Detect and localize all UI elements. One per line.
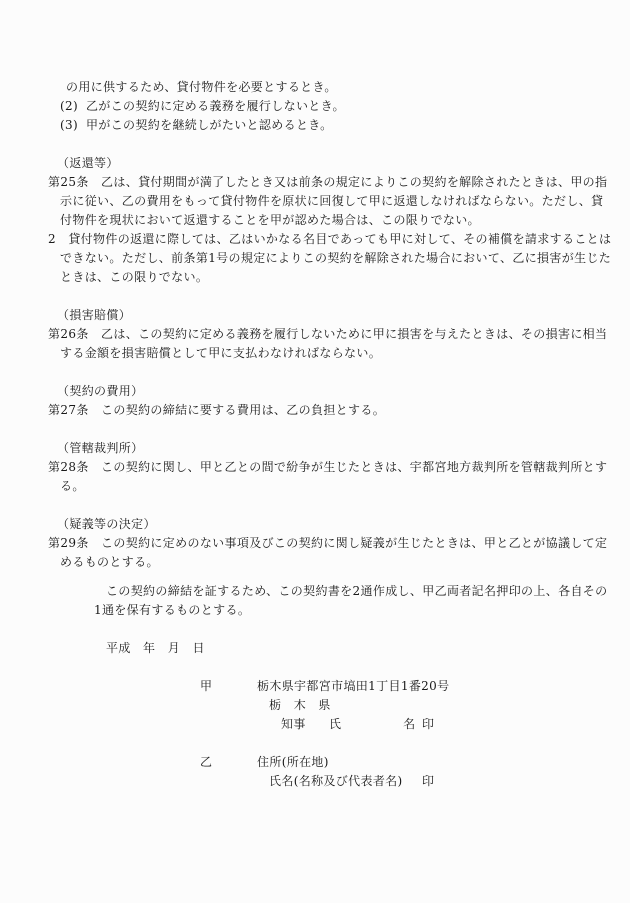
article-line: 第29条 この契約に定めのない事項及びこの契約に関し疑義が生じたときは、甲と乙と…: [48, 534, 578, 553]
closing-line: この契約の締結を証するため、この契約書を2通作成し、甲乙両者記名押印の上、各自そ…: [106, 582, 576, 601]
article-line: 付物件を現状において返還することを甲が認めた場合は、この限りでない。: [60, 211, 480, 230]
party-a-address: 栃木県宇都宮市塙田1丁目1番20号: [257, 677, 450, 696]
article-line: めるものとする。: [60, 553, 159, 572]
article-heading: （疑義等の決定）: [57, 515, 156, 534]
party-a-title: 知事: [281, 715, 306, 734]
continuation-line: の用に供するため、貸付物件を必要とするとき。: [66, 78, 337, 97]
contract-page: の用に供するため、貸付物件を必要とするとき。 (2) 乙がこの契約に定める義務を…: [0, 0, 630, 903]
article-paragraph: ときは、この限りでない。: [60, 268, 208, 287]
item-text: 甲がこの契約を継続しがたいと認めるとき。: [86, 116, 333, 135]
item-text: 乙がこの契約に定める義務を履行しないとき。: [86, 97, 345, 116]
article-line: 第28条 この契約に関し、甲と乙との間で紛争が生じたときは、宇都宮地方裁判所を管…: [48, 458, 578, 477]
article-line: る。: [60, 477, 85, 496]
party-a-seal: 印: [422, 715, 434, 734]
article-heading: （契約の費用）: [57, 382, 143, 401]
article-heading: （管轄裁判所）: [57, 439, 143, 458]
item-number: (2): [60, 97, 78, 116]
party-a-label: 甲: [200, 677, 212, 696]
article-line: 第26条 乙は、この契約に定める義務を履行しないために甲に損害を与えたときは、そ…: [48, 325, 578, 344]
article-line: 示に従い、乙の費用をもって貸付物件を原状に回復して甲に返還しなければならない。た…: [60, 192, 578, 211]
date-line: 平成 年 月 日: [106, 639, 205, 658]
party-a-name: 氏 名: [329, 715, 415, 734]
closing-line: 1通を保有するものとする。: [94, 601, 250, 620]
article-heading: （損害賠償）: [57, 306, 131, 325]
party-b-seal: 印: [422, 772, 434, 791]
party-b-label: 乙: [200, 753, 212, 772]
article-line: 第27条 この契約の締結に要する費用は、乙の負担とする。: [48, 401, 385, 420]
article-paragraph: 2 貸付物件の返還に際しては、乙はいかなる名目であっても甲に対して、その補償を請…: [48, 230, 578, 249]
party-b-name: 氏名(名称及び代表者名): [269, 772, 403, 791]
item-number: (3): [60, 116, 78, 135]
party-a-org: 栃 木 県: [269, 696, 331, 715]
article-paragraph: できない。ただし、前条第1号の規定によりこの契約を解除された場合において、乙に損…: [60, 249, 578, 268]
party-b-address: 住所(所在地): [257, 753, 329, 772]
article-line: 第25条 乙は、貸付期間が満了したとき又は前条の規定によりこの契約を解除されたと…: [48, 173, 578, 192]
article-line: する金額を損害賠償として甲に支払わなければならない。: [60, 344, 381, 363]
article-heading: （返還等）: [57, 154, 119, 173]
